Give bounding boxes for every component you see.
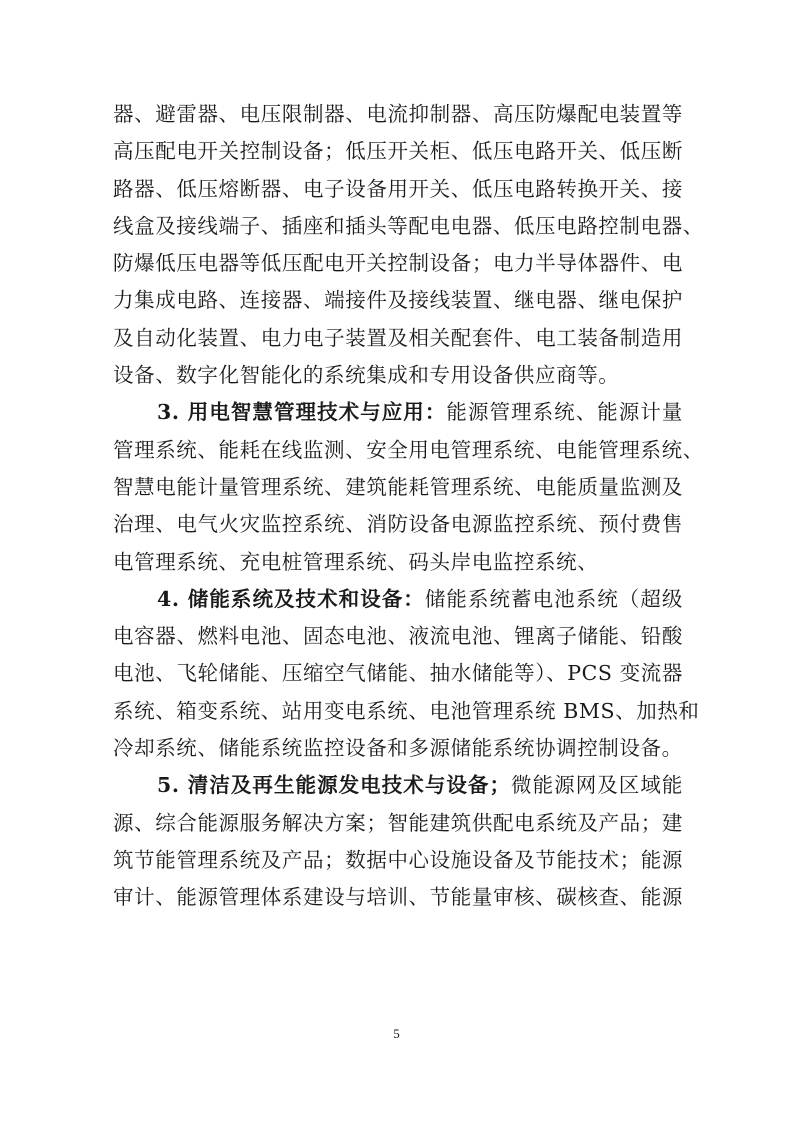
text-line: 器、避雷器、电压限制器、电流抑制器、高压防爆配电装置等 [113, 96, 683, 133]
section-3-first-line: 3. 用电智慧管理技术与应用：能源管理系统、能源计量 [113, 394, 683, 431]
text-line: 审计、能源管理体系建设与培训、节能量审核、碳核查、能源 [113, 879, 683, 916]
text-line: 线盒及接线端子、插座和插头等配电电器、低压电路控制电器、 [113, 208, 683, 245]
section-5-first-line: 5. 清洁及再生能源发电技术与设备；微能源网及区域能 [113, 767, 683, 804]
document-body: 器、避雷器、电压限制器、电流抑制器、高压防爆配电装置等 高压配电开关控制设备；低… [113, 96, 683, 917]
text-line: 治理、电气火灾监控系统、消防设备电源监控系统、预付费售 [113, 506, 683, 543]
section-3-text: 能源管理系统、能源计量 [446, 400, 683, 424]
text-line: 智慧电能计量管理系统、建筑能耗管理系统、电能质量监测及 [113, 469, 683, 506]
text-line: 系统、箱变系统、站用变电系统、电池管理系统 BMS、加热和 [113, 693, 683, 730]
text-line: 管理系统、能耗在线监测、安全用电管理系统、电能管理系统、 [113, 432, 683, 469]
text-line: 筑节能管理系统及产品；数据中心设施设备及节能技术；能源 [113, 842, 683, 879]
text-line: 设备、数字化智能化的系统集成和专用设备供应商等。 [113, 357, 683, 394]
section-4-text: 储能系统蓄电池系统（超级 [425, 587, 683, 611]
section-5-heading: 5. 清洁及再生能源发电技术与设备； [157, 773, 511, 797]
section-4-heading: 4. 储能系统及技术和设备： [157, 587, 425, 611]
text-line: 电池、飞轮储能、压缩空气储能、抽水储能等）、PCS 变流器 [113, 655, 683, 692]
text-line: 及自动化装置、电力电子装置及相关配套件、电工装备制造用 [113, 320, 683, 357]
text-line: 电管理系统、充电桩管理系统、码头岸电监控系统、 [113, 544, 683, 581]
text-line: 路器、低压熔断器、电子设备用开关、低压电路转换开关、接 [113, 171, 683, 208]
text-line: 高压配电开关控制设备；低压开关柜、低压电路开关、低压断 [113, 133, 683, 170]
text-line: 力集成电路、连接器、端接件及接线装置、继电器、继电保护 [113, 282, 683, 319]
section-5-text: 微能源网及区域能 [511, 773, 683, 797]
section-4-first-line: 4. 储能系统及技术和设备：储能系统蓄电池系统（超级 [113, 581, 683, 618]
text-line: 源、综合能源服务解决方案；智能建筑供配电系统及产品；建 [113, 805, 683, 842]
text-line: 冷却系统、储能系统监控设备和多源储能系统协调控制设备。 [113, 730, 683, 767]
section-3-heading: 3. 用电智慧管理技术与应用： [157, 400, 446, 424]
page-number: 5 [0, 1026, 793, 1042]
text-line: 防爆低压电器等低压配电开关控制设备；电力半导体器件、电 [113, 245, 683, 282]
text-line: 电容器、燃料电池、固态电池、液流电池、锂离子储能、铅酸 [113, 618, 683, 655]
